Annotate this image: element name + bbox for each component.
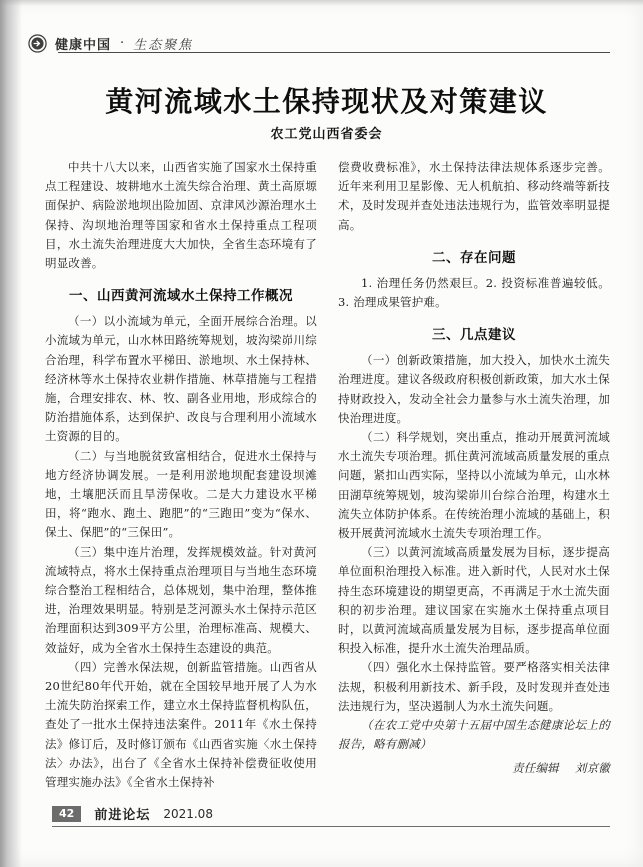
circle-right-arrow-icon (28, 34, 47, 53)
section-1-heading: 一、山西黄河流域水土保持工作概况 (45, 284, 317, 304)
body-paragraph: （一）以小流域为单元，全面开展综合治理。以小流域为单元，山水林田路统筹规划，坡沟… (45, 312, 317, 446)
scan-gutter-shadow (0, 0, 22, 867)
page-number-badge: 42 (52, 806, 81, 822)
issue-date: 2021.08 (163, 807, 213, 821)
scan-top-shadow (0, 0, 643, 6)
editor-name: 刘京徽 (575, 761, 610, 775)
editor-label: 责任编辑 (512, 761, 559, 775)
article-body: 中共十八大以来，山西省实施了国家水土保持重点工程建设、坡耕地水土流失综合治理、黄… (45, 158, 610, 792)
problems-paragraph: 1. 治理任务仍然艰巨。2. 投资标准普遍较低。3. 治理成果管护难。 (338, 274, 610, 312)
body-paragraph: （二）与当地脱贫致富相结合，促进水土保持与地方经济协调发展。一是利用淤地坝配套建… (45, 447, 317, 543)
body-paragraph: （二）科学规划，突出重点，推动开展黄河流域水土流失专项治理。抓住黄河流域高质量发… (338, 428, 610, 543)
editor-line: 责任编辑刘京徽 (338, 759, 610, 778)
article-title: 黄河流域水土保持现状及对策建议 (40, 80, 613, 120)
header-rule (58, 52, 610, 53)
section-3-heading: 三、几点建议 (338, 323, 610, 343)
continued-paragraph: 偿费收费标准》，水土保持法律法规体系逐步完善。近年来利用卫星影像、无人机航拍、移… (338, 158, 610, 235)
header-separator: · (120, 36, 124, 51)
body-paragraph: （四）完善水保法规，创新监管措施。山西省从20世纪80年代开始，就在全国较早地开… (45, 658, 317, 792)
page-header: 健康中国 · 生态聚焦 (28, 32, 610, 54)
body-paragraph: （三）以黄河流域高质量发展为目标，逐步提高单位面积治理投入标准。进入新时代，人民… (338, 543, 610, 658)
source-note: （在农工党中央第十五届中国生态健康论坛上的报告，略有删减） (338, 716, 610, 754)
intro-paragraph: 中共十八大以来，山西省实施了国家水土保持重点工程建设、坡耕地水土流失综合治理、黄… (45, 158, 317, 273)
header-section-label: 生态聚焦 (133, 34, 193, 53)
magazine-page: 健康中国 · 生态聚焦 黄河流域水土保持现状及对策建议 农工党山西省委会 中共十… (0, 0, 643, 867)
body-paragraph: （一）创新政策措施，加大投入，加快水土流失治理进度。建议各级政府积极创新政策，加… (338, 351, 610, 428)
article-author: 农工党山西省委会 (40, 123, 613, 142)
body-paragraph: （三）集中连片治理，发挥规模效益。针对黄河流域特点，将水土保持重点治理项目与当地… (45, 543, 317, 658)
body-paragraph: （四）强化水土保持监管。要严格落实相关法律法规，积极利用新技术、新手段，及时发现… (338, 658, 610, 716)
section-2-heading: 二、存在问题 (338, 246, 610, 266)
header-brand: 健康中国 (55, 34, 111, 53)
journal-name: 前进论坛 (94, 804, 150, 823)
page-footer: 42 前进论坛 2021.08 (52, 804, 610, 827)
right-column: 偿费收费标准》，水土保持法律法规体系逐步完善。近年来利用卫星影像、无人机航拍、移… (338, 158, 610, 792)
left-column: 中共十八大以来，山西省实施了国家水土保持重点工程建设、坡耕地水土流失综合治理、黄… (45, 158, 317, 792)
